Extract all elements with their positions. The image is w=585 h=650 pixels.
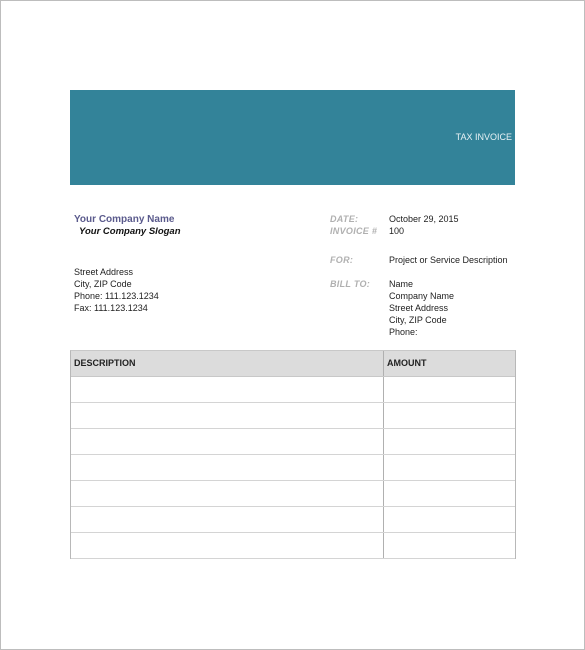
amount-cell[interactable]	[384, 403, 515, 428]
address-street[interactable]: Street Address	[74, 266, 159, 278]
description-cell[interactable]	[71, 507, 384, 532]
for-value[interactable]: Project or Service Description	[389, 254, 508, 266]
date-label: DATE:	[330, 213, 389, 225]
date-value[interactable]: October 29, 2015	[389, 213, 459, 225]
amount-cell[interactable]	[384, 377, 515, 402]
invoice-number-value[interactable]: 100	[389, 225, 404, 237]
company-block: Your Company Name Your Company Slogan	[74, 214, 181, 238]
invoice-meta: DATE: October 29, 2015 INVOICE # 100 FOR…	[330, 213, 508, 338]
address-phone[interactable]: Phone: 111.123.1234	[74, 290, 159, 302]
bill-to-row: BILL TO: Name Company Name Street Addres…	[330, 278, 508, 338]
header-banner: TAX INVOICE	[70, 90, 515, 185]
column-header-description: DESCRIPTION	[71, 351, 384, 376]
for-row: FOR: Project or Service Description	[330, 254, 508, 266]
address-city-zip[interactable]: City, ZIP Code	[74, 278, 159, 290]
line-items-table: DESCRIPTION AMOUNT	[70, 350, 516, 559]
amount-cell[interactable]	[384, 507, 515, 532]
bill-to-block: Name Company Name Street Address City, Z…	[389, 278, 454, 338]
invoice-title: TAX INVOICE	[456, 132, 512, 142]
invoice-number-label: INVOICE #	[330, 225, 389, 237]
description-cell[interactable]	[71, 403, 384, 428]
table-header: DESCRIPTION AMOUNT	[71, 351, 515, 377]
invoice-page: TAX INVOICE Your Company Name Your Compa…	[0, 0, 585, 650]
amount-cell[interactable]	[384, 533, 515, 558]
description-cell[interactable]	[71, 533, 384, 558]
bill-to-name[interactable]: Name	[389, 278, 454, 290]
bill-to-street[interactable]: Street Address	[389, 302, 454, 314]
company-slogan[interactable]: Your Company Slogan	[79, 226, 181, 238]
description-cell[interactable]	[71, 481, 384, 506]
invoice-number-row: INVOICE # 100	[330, 225, 508, 237]
bill-to-phone[interactable]: Phone:	[389, 326, 454, 338]
date-row: DATE: October 29, 2015	[330, 213, 508, 225]
company-name[interactable]: Your Company Name	[74, 214, 181, 226]
bill-to-company[interactable]: Company Name	[389, 290, 454, 302]
amount-cell[interactable]	[384, 455, 515, 480]
table-row	[71, 533, 515, 559]
for-label: FOR:	[330, 254, 389, 266]
amount-cell[interactable]	[384, 481, 515, 506]
table-row	[71, 429, 515, 455]
amount-cell[interactable]	[384, 429, 515, 454]
table-row	[71, 455, 515, 481]
description-cell[interactable]	[71, 455, 384, 480]
column-header-amount: AMOUNT	[384, 351, 515, 376]
bill-to-city-zip[interactable]: City, ZIP Code	[389, 314, 454, 326]
bill-to-label: BILL TO:	[330, 278, 389, 338]
address-fax[interactable]: Fax: 111.123.1234	[74, 302, 159, 314]
table-row	[71, 403, 515, 429]
description-cell[interactable]	[71, 377, 384, 402]
description-cell[interactable]	[71, 429, 384, 454]
table-row	[71, 507, 515, 533]
table-row	[71, 481, 515, 507]
company-address: Street Address City, ZIP Code Phone: 111…	[74, 266, 159, 314]
table-row	[71, 377, 515, 403]
